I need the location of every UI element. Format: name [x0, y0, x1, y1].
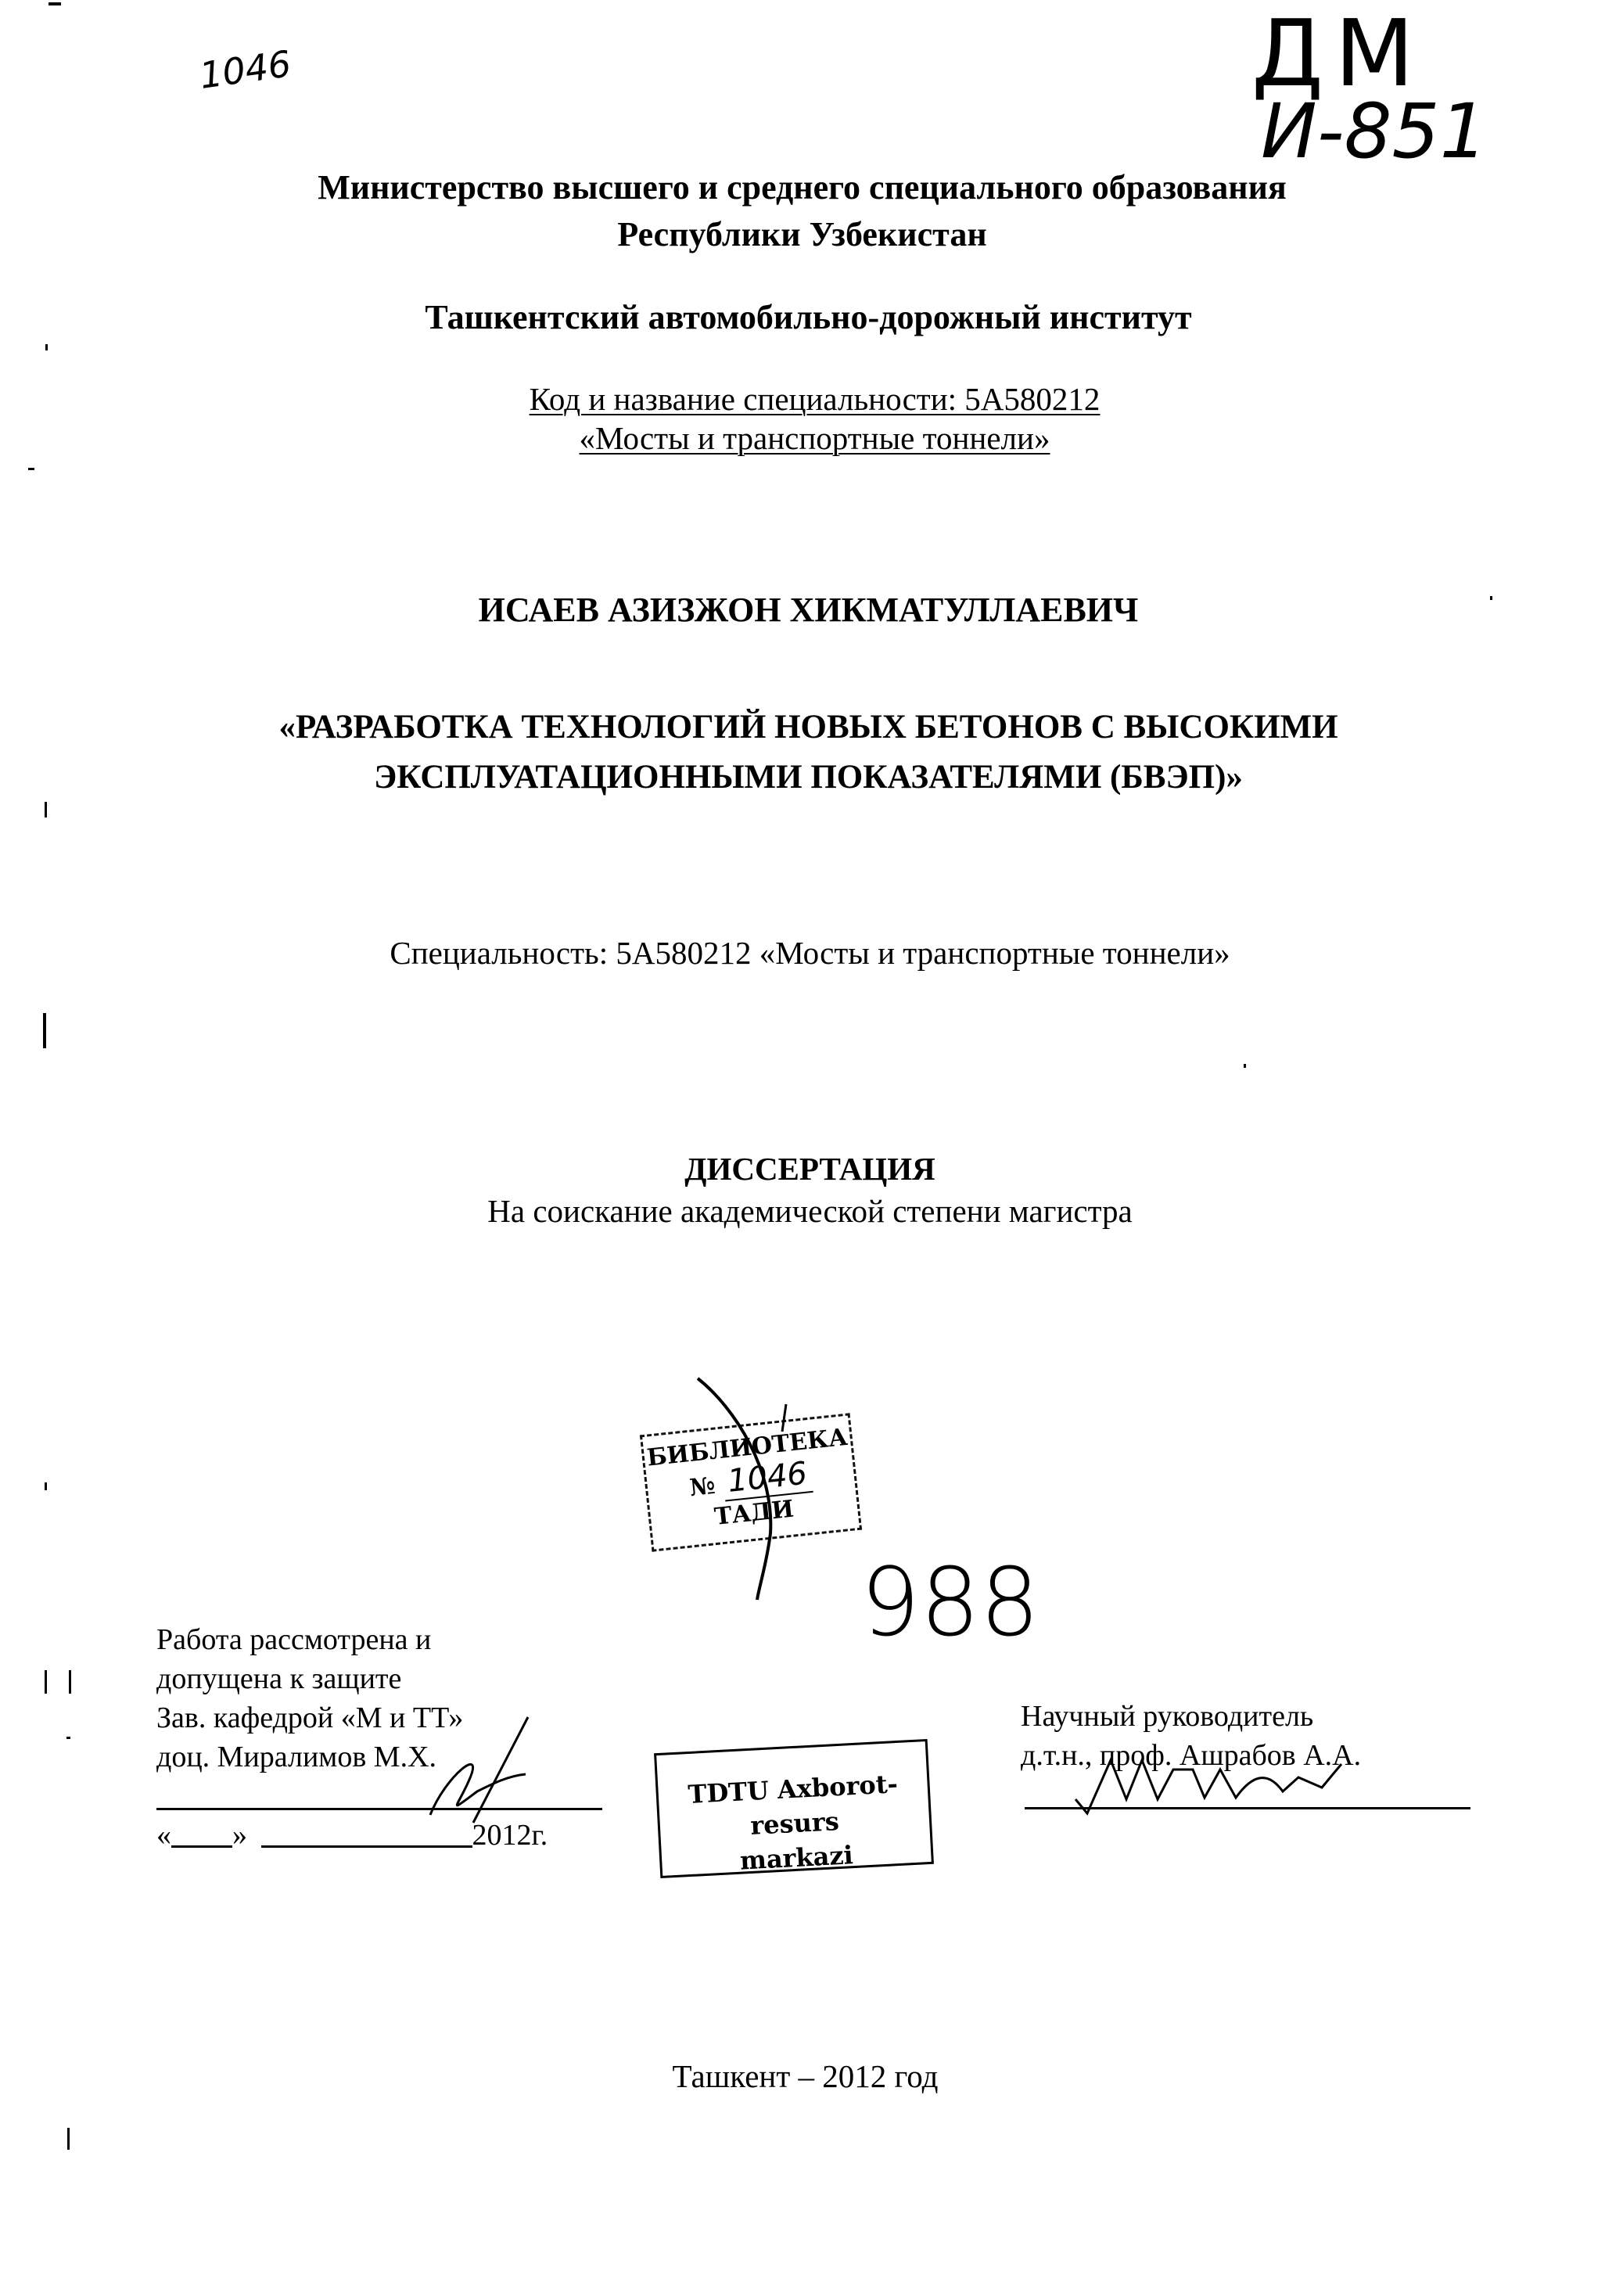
archive-stamp: TDTU Axborot-resurs markazi — [654, 1739, 934, 1878]
scan-speck — [69, 1670, 71, 1694]
specialty-code-line-1: Код и название специальности: 5А580212 — [3, 379, 1623, 419]
approval-head-name: доц. Миралимов М.Х. — [156, 1738, 436, 1776]
scan-speck — [66, 1737, 70, 1739]
author-name: ИСАЕВ АЗИЗЖОН ХИКМАТУЛЛАЕВИЧ — [0, 588, 1620, 632]
scan-speck — [28, 468, 34, 470]
approval-signature-line — [156, 1808, 602, 1810]
specialty-line: Специальность: 5А580212 «Мосты и транспо… — [0, 932, 1621, 973]
city-year: Ташкент – 2012 год — [0, 2056, 1617, 2097]
specialty-code-line-2: «Мосты и транспортные тоннели» — [3, 418, 1623, 458]
scan-speck — [1490, 596, 1492, 600]
library-stamp: БИБЛИОТЕКА № 1046 ТАДИ — [640, 1413, 862, 1551]
date-open-quote: « — [156, 1819, 171, 1852]
approval-date-row: «» 2012г. — [156, 1816, 548, 1854]
scan-speck — [48, 2, 61, 5]
date-day-blank — [171, 1845, 232, 1848]
dissertation-title-page: 1046 ДМ И-851 Министерство высшего и сре… — [0, 0, 1623, 2296]
supervisor-signature-line — [1025, 1807, 1470, 1809]
approval-head-of-department: Зав. кафедрой «М и ТТ» — [156, 1699, 463, 1737]
scan-speck — [45, 344, 48, 350]
date-year: 2012г. — [472, 1819, 548, 1852]
handwritten-catalog-code-line2: И-851 — [1261, 92, 1488, 171]
degree-line: На соискание академической степени магис… — [0, 1191, 1621, 1231]
date-month-blank — [261, 1845, 472, 1848]
library-stamp-number-prefix: № — [688, 1472, 716, 1502]
ministry-line-2: Республики Узбекистан — [0, 213, 1614, 257]
scan-speck — [67, 2128, 70, 2150]
approval-line-1: Работа рассмотрена и — [156, 1621, 431, 1658]
handwritten-sheet-number: 988 — [860, 1553, 1040, 1655]
scan-speck — [45, 802, 47, 817]
scan-speck — [45, 1670, 47, 1694]
handwritten-catalog-code-line1: ДМ — [1251, 6, 1425, 100]
thesis-title-line-2: ЭКСПЛУАТАЦИОННЫМИ ПОКАЗАТЕЛЯМИ (БВЭП)» — [0, 753, 1620, 803]
institute-name: Ташкентский автомобильно-дорожный инстит… — [0, 296, 1620, 340]
supervisor-label: Научный руководитель — [1021, 1698, 1313, 1735]
handwritten-inventory-number: 1046 — [197, 42, 293, 97]
scan-speck — [45, 1482, 47, 1490]
scan-speck — [43, 1013, 46, 1048]
date-close-quote: » — [232, 1819, 247, 1852]
document-type: ДИССЕРТАЦИЯ — [0, 1148, 1621, 1189]
approval-line-2: допущена к защите — [156, 1660, 401, 1698]
scan-speck — [1244, 1064, 1246, 1068]
thesis-title-line-1: «РАЗРАБОТКА ТЕХНОЛОГИЙ НОВЫХ БЕТОНОВ С В… — [0, 702, 1620, 753]
ministry-line-1: Министерство высшего и среднего специаль… — [0, 166, 1614, 210]
supervisor-name: д.т.н., проф. Ашрабов А.А. — [1021, 1737, 1361, 1774]
